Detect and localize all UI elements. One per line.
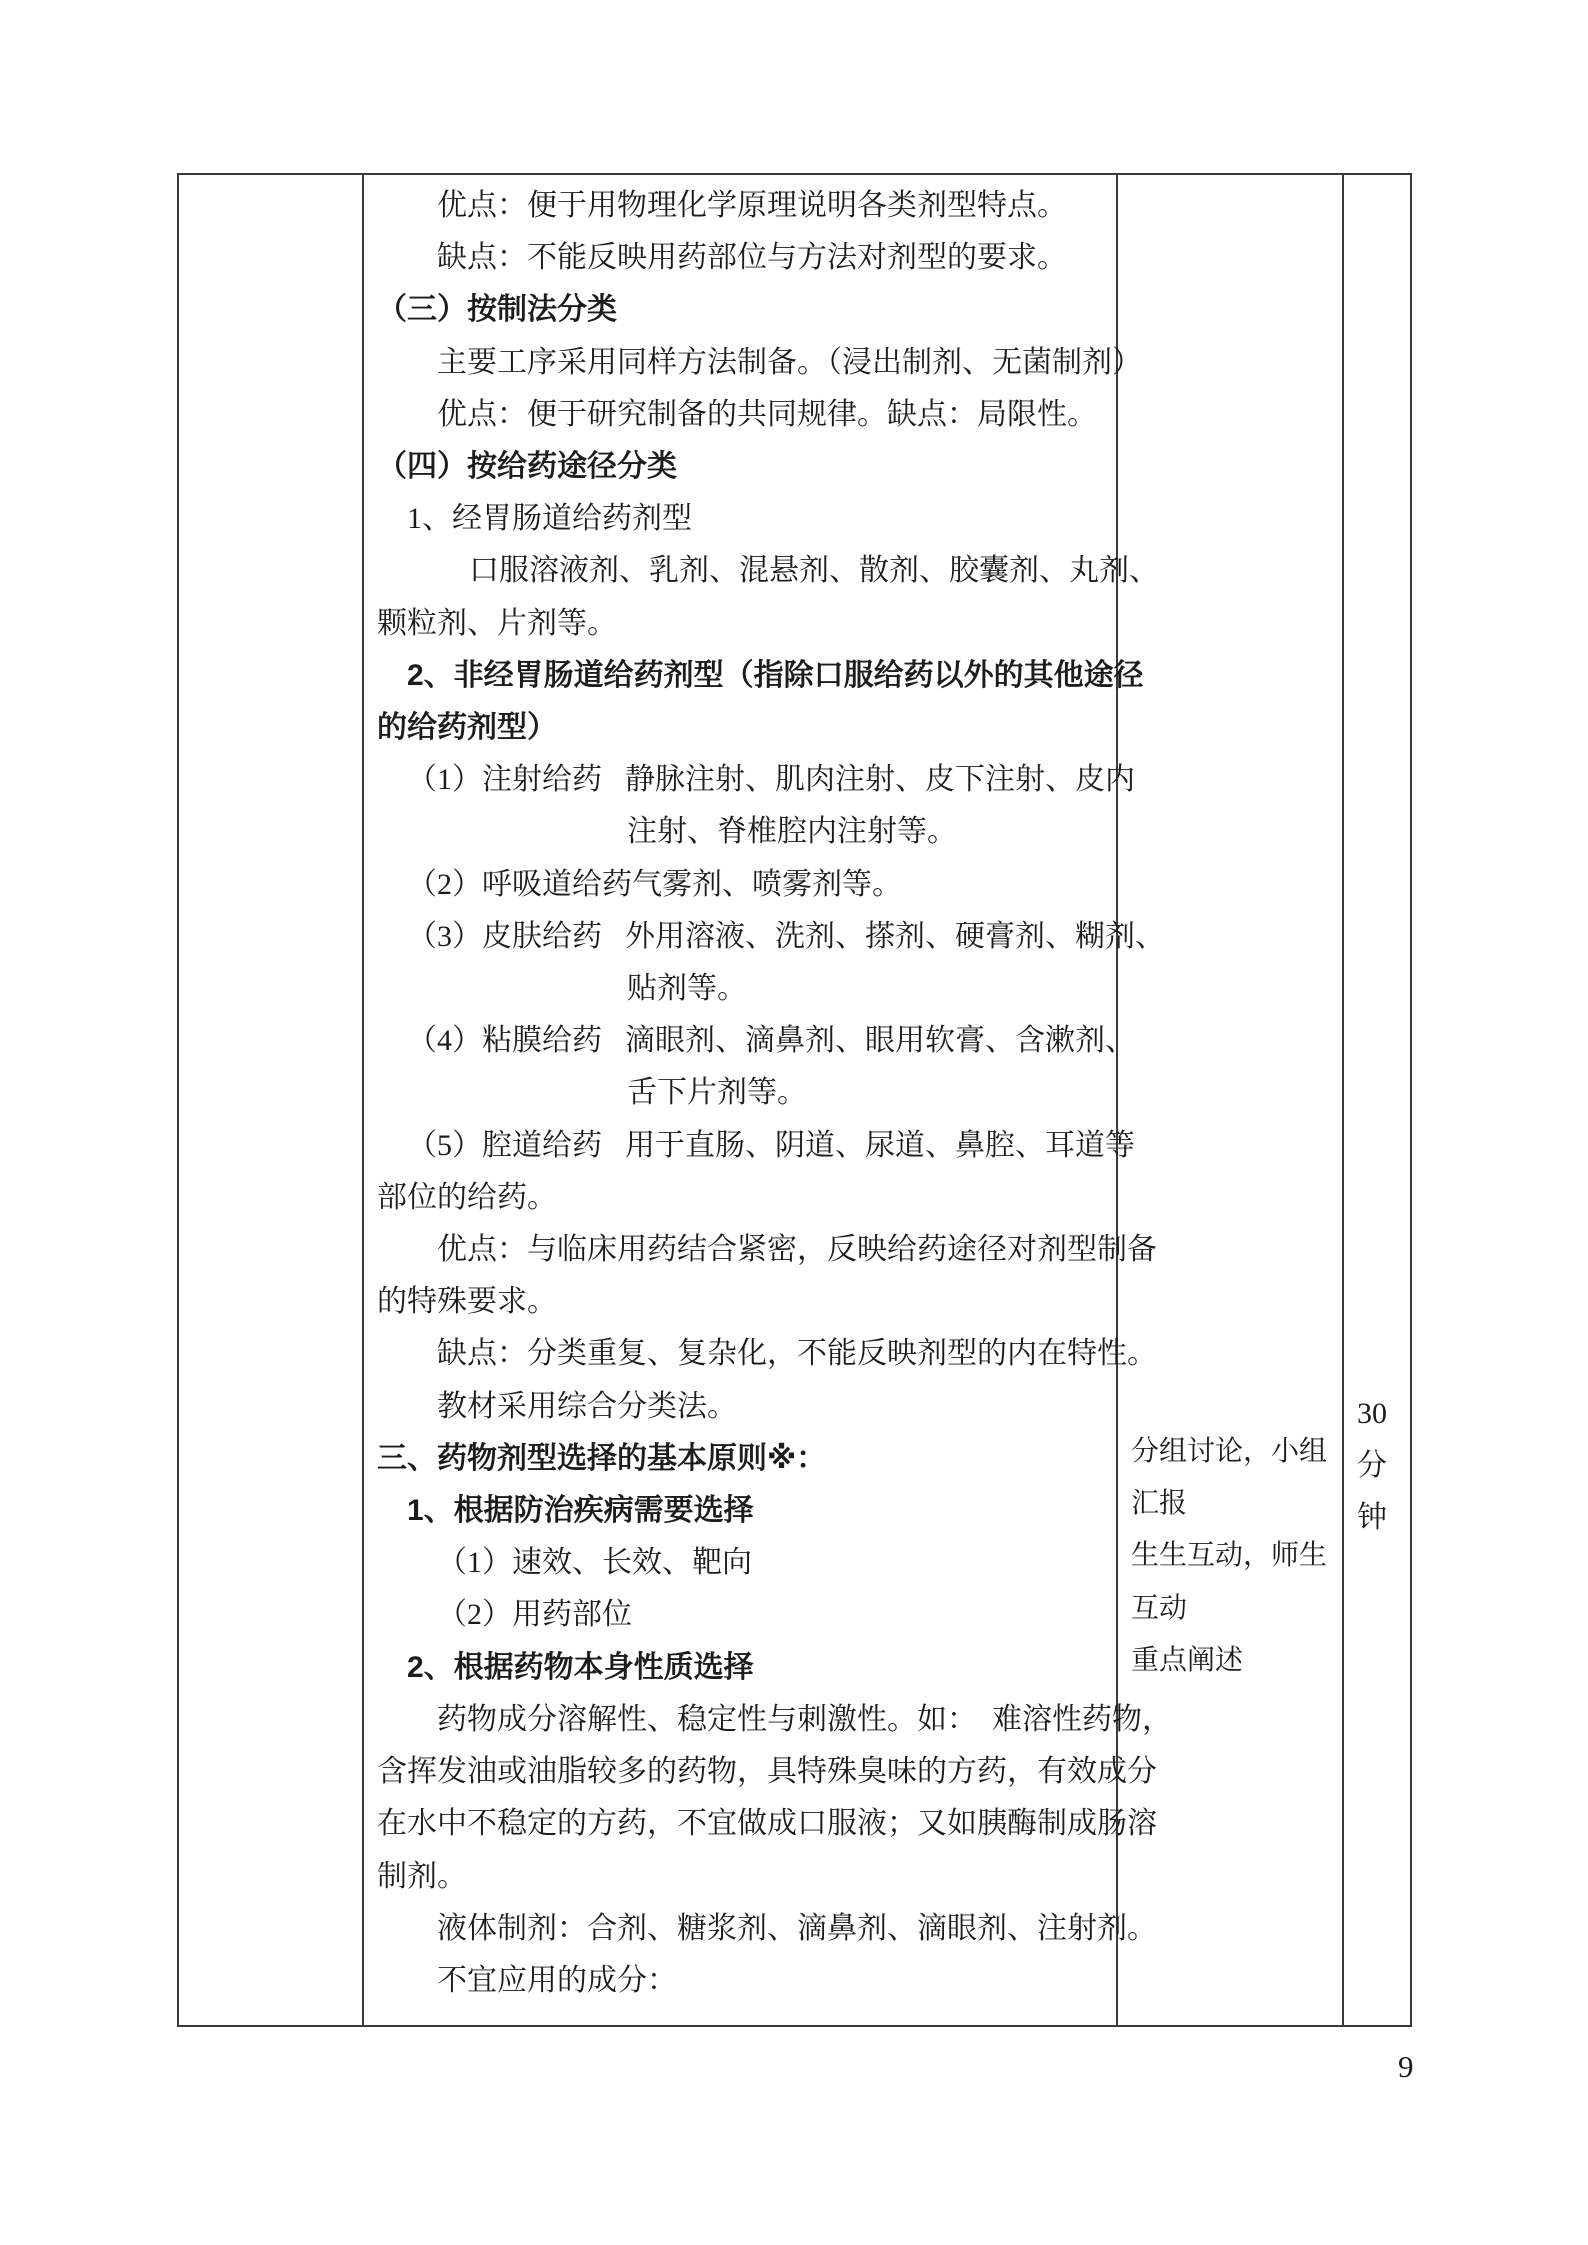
time-line: 30 — [1357, 1388, 1406, 1440]
content-line: 缺点：不能反映用药部位与方法对剂型的要求。 — [377, 232, 1110, 284]
route-line: （4）粘膜给药滴眼剂、滴鼻剂、眼用软膏、含漱剂、 — [377, 1015, 1110, 1067]
content-line: 含挥发油或油脂较多的药物，具特殊臭味的方药，有效成分 — [377, 1746, 1110, 1798]
content-line: 主要工序采用同样方法制备。（浸出制剂、无菌制剂） — [377, 337, 1110, 389]
content-line: 优点：便于用物理化学原理说明各类剂型特点。 — [377, 180, 1110, 232]
section-heading: 的给药剂型） — [377, 702, 1110, 754]
methods-line: 互动 — [1131, 1583, 1336, 1635]
empty-left-column — [179, 175, 364, 2025]
content-line: 注射、脊椎腔内注射等。 — [377, 806, 1110, 858]
route-label: （5）腔道给药 — [407, 1120, 625, 1172]
lesson-plan-table: 优点：便于用物理化学原理说明各类剂型特点。 缺点：不能反映用药部位与方法对剂型的… — [177, 173, 1412, 2027]
content-line: 1、经胃肠道给药剂型 — [377, 493, 1110, 545]
section-heading: 2、根据药物本身性质选择 — [377, 1642, 1110, 1694]
route-text: 静脉注射、肌肉注射、皮下注射、皮内 — [625, 763, 1135, 796]
time-line: 分 — [1357, 1440, 1406, 1492]
section-heading: 三、药物剂型选择的基本原则※： — [377, 1433, 1110, 1485]
content-line: 药物成分溶解性、稳定性与刺激性。如： 难溶性药物， — [377, 1694, 1110, 1746]
page-number: 9 — [1398, 2049, 1414, 2085]
content-line: 部位的给药。 — [377, 1172, 1110, 1224]
route-line: （1）注射给药静脉注射、肌肉注射、皮下注射、皮内 — [377, 754, 1110, 806]
content-line: 舌下片剂等。 — [377, 1067, 1110, 1119]
route-text: 外用溶液、洗剂、搽剂、硬膏剂、糊剂、 — [625, 920, 1165, 953]
section-heading: 2、非经胃肠道给药剂型（指除口服给药以外的其他途径 — [377, 650, 1110, 702]
teaching-methods-text: 分组讨论，小组 汇报 生生互动，师生 互动 重点阐述 — [1131, 1426, 1336, 1687]
time-allocation-text: 30 分 钟 — [1357, 1388, 1406, 1545]
document-page: { "table": { "content": { "lines": [ {"t… — [0, 0, 1588, 2245]
route-label: （2）呼吸道给药 — [407, 859, 632, 911]
content-line: 教材采用综合分类法。 — [377, 1381, 1110, 1433]
methods-line: 重点阐述 — [1131, 1635, 1336, 1687]
route-text: 气雾剂、喷雾剂等。 — [632, 868, 902, 901]
content-line: 的特殊要求。 — [377, 1276, 1110, 1328]
teaching-content-column: 优点：便于用物理化学原理说明各类剂型特点。 缺点：不能反映用药部位与方法对剂型的… — [364, 175, 1118, 2025]
route-text: 用于直肠、阴道、尿道、鼻腔、耳道等 — [625, 1129, 1135, 1162]
content-line: 颗粒剂、片剂等。 — [377, 598, 1110, 650]
time-allocation-column: 30 分 钟 — [1344, 175, 1410, 2025]
content-line: （1）速效、长效、靶向 — [377, 1537, 1110, 1589]
content-line: 优点：与临床用药结合紧密，反映给药途径对剂型制备 — [377, 1224, 1110, 1276]
teaching-methods-column: 分组讨论，小组 汇报 生生互动，师生 互动 重点阐述 — [1118, 175, 1344, 2025]
methods-line: 生生互动，师生 — [1131, 1530, 1336, 1582]
route-line: （5）腔道给药用于直肠、阴道、尿道、鼻腔、耳道等 — [377, 1120, 1110, 1172]
content-line: 液体制剂：合剂、糖浆剂、滴鼻剂、滴眼剂、注射剂。 — [377, 1903, 1110, 1955]
route-line: （2）呼吸道给药气雾剂、喷雾剂等。 — [377, 859, 1110, 911]
content-line: 在水中不稳定的方药，不宜做成口服液；又如胰酶制成肠溶 — [377, 1798, 1110, 1850]
route-label: （4）粘膜给药 — [407, 1015, 625, 1067]
route-line: （3）皮肤给药外用溶液、洗剂、搽剂、硬膏剂、糊剂、 — [377, 911, 1110, 963]
route-label: （3）皮肤给药 — [407, 911, 625, 963]
section-heading: （三）按制法分类 — [377, 284, 1110, 336]
time-line: 钟 — [1357, 1492, 1406, 1544]
methods-line: 分组讨论，小组 — [1131, 1426, 1336, 1478]
section-heading: 1、根据防治疾病需要选择 — [377, 1485, 1110, 1537]
section-heading: （四）按给药途径分类 — [377, 441, 1110, 493]
methods-line: 汇报 — [1131, 1478, 1336, 1530]
content-line: 不宜应用的成分： — [377, 1955, 1110, 2007]
route-label: （1）注射给药 — [407, 754, 625, 806]
content-line: 口服溶液剂、乳剂、混悬剂、散剂、胶囊剂、丸剂、 — [377, 545, 1110, 597]
content-line: 贴剂等。 — [377, 963, 1110, 1015]
content-line: 制剂。 — [377, 1851, 1110, 1903]
content-line: （2）用药部位 — [377, 1589, 1110, 1641]
content-line: 优点：便于研究制备的共同规律。缺点：局限性。 — [377, 389, 1110, 441]
content-line: 缺点：分类重复、复杂化，不能反映剂型的内在特性。 — [377, 1328, 1110, 1380]
route-text: 滴眼剂、滴鼻剂、眼用软膏、含漱剂、 — [625, 1024, 1135, 1057]
